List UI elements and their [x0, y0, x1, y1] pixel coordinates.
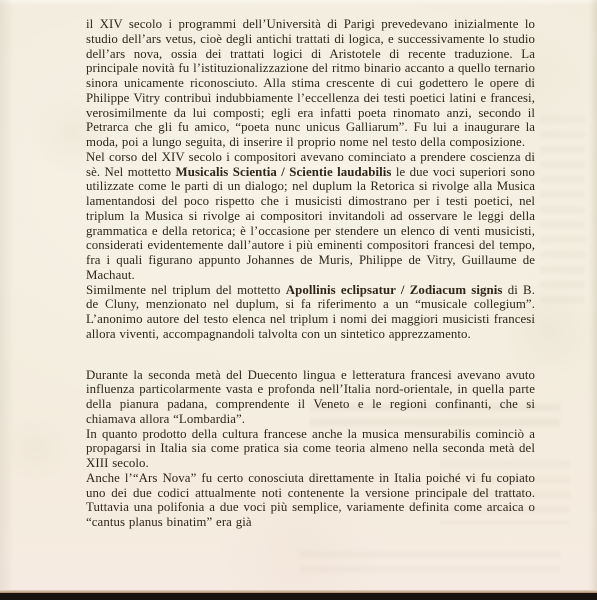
page-left-edge-shade — [0, 0, 14, 600]
paragraph-text: In quanto prodotto della cultura frances… — [86, 427, 535, 471]
verso-showthrough-smudge — [300, 545, 560, 575]
verso-showthrough-smudge — [540, 110, 585, 310]
motet-title: Apollinis eclipsatur / Zodiacum signis — [286, 283, 503, 297]
paragraph: Anche l’“Ars Nova” fu certo conosciuta d… — [86, 471, 535, 530]
motet-title: Musicalis Scientia / Scientie laudabilis — [176, 165, 392, 179]
scanned-book-page: il XIV secolo i programmi dell’Universit… — [0, 0, 597, 600]
paragraph-text: Similmente nel triplum del mottetto — [86, 283, 286, 297]
paragraph-text: Anche l’“Ars Nova” fu certo conosciuta d… — [86, 471, 535, 529]
paragraph: Similmente nel triplum del mottetto Apol… — [86, 283, 535, 342]
paragraph-text: il XIV secolo i programmi dell’Universit… — [86, 17, 535, 149]
paragraph: Nel corso del XIV secolo i compositori a… — [86, 150, 535, 283]
paragraph-text: Durante la seconda metà del Duecento lin… — [86, 368, 535, 426]
paragraph: Durante la seconda metà del Duecento lin… — [86, 368, 535, 427]
page-right-edge-shade — [587, 0, 597, 600]
scan-bottom-edge-bar — [0, 593, 597, 600]
paragraph: il XIV secolo i programmi dell’Universit… — [86, 17, 535, 150]
text-block: il XIV secolo i programmi dell’Universit… — [86, 17, 535, 530]
paragraph-text: le due voci superiori sono utilizzate co… — [86, 165, 535, 282]
paragraph: In quanto prodotto della cultura frances… — [86, 427, 535, 471]
page-top-edge-highlight — [0, 0, 597, 6]
